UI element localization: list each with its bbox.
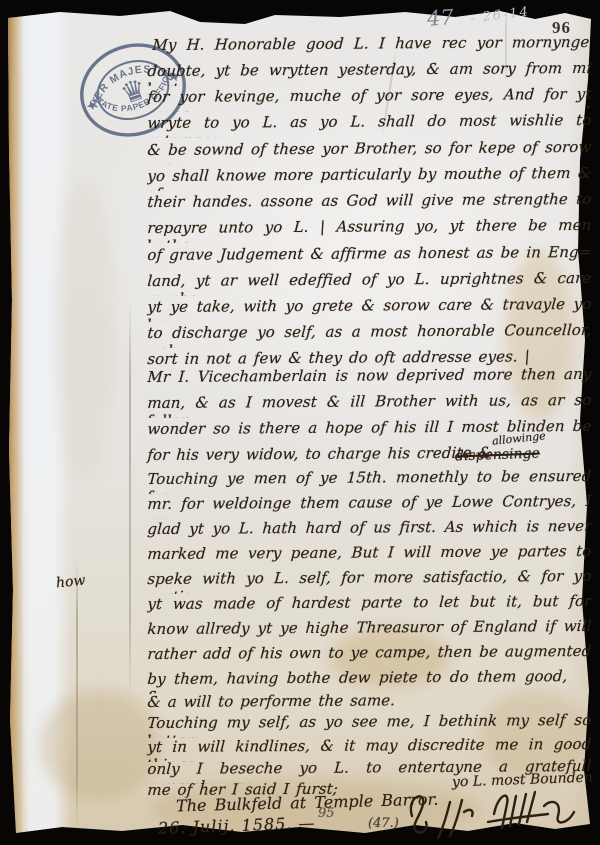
manuscript-line: rather add of his own to ye campe, then …	[146, 642, 591, 669]
manuscript-line: yt ye take, with yo grete & sorow care &…	[146, 295, 591, 322]
manuscript-line: marked me very peane, But I will move ye…	[146, 542, 591, 569]
manuscript-line: for his very widow, to charge his credit…	[147, 444, 493, 464]
manuscript-line: for yor kevinge, muche of yor sore eyes,…	[146, 85, 591, 112]
manuscript-line: man, & as I movest & ill Brother with us…	[146, 391, 591, 418]
manuscript-line: yt was made of hardest parte to let but …	[146, 592, 591, 619]
manuscript-scan: HER MAJESTYS STATE PAPER OFFICE ♛ 47 - 2…	[0, 0, 600, 845]
struck-word: dispensinge	[455, 446, 540, 465]
manuscript-line: to discharge yo self, as a most honorabl…	[146, 321, 591, 348]
manuscript-line: My H. Honorable good L. I have rec yor m…	[151, 33, 590, 60]
manuscript-line: & be sownd of these yor Brother, so for …	[146, 138, 591, 165]
manuscript-line: doubte, yt be wrytten yesterday, & am so…	[146, 59, 591, 86]
manuscript-line: wryte to yo L. as yo L. shall do most wi…	[146, 111, 591, 138]
manuscript-line: Touching ye men of ye 15th. monethly to …	[146, 467, 591, 494]
manuscript-line: mr. for weldoinge them cause of ye Lowe …	[146, 492, 591, 519]
manuscript-line: & a will to performe the same.	[147, 691, 396, 711]
manuscript-line: know allredy yt ye highe Threasuror of E…	[146, 617, 591, 644]
manuscript-line: Touching my self, as yo see me, I bethin…	[146, 711, 591, 738]
docket-number-paren: (47.)	[368, 816, 399, 831]
manuscript-line: Mr I. Vicechamberlain is now deprived mo…	[146, 365, 591, 392]
manuscript-line: by them, having bothe dew piete to do th…	[146, 667, 568, 694]
manuscript-line: of grave Judgement & affirme as honest a…	[146, 243, 591, 270]
manuscript-line: yo shall knowe more particularly by mout…	[146, 164, 591, 191]
manuscript-text: My H. Honorable good L. I have rec yor m…	[0, 0, 600, 845]
docket-number-small: 95	[318, 806, 335, 821]
manuscript-line: repayre unto yo L. | Assuring yo, yt the…	[146, 216, 591, 243]
signature-flourish	[398, 778, 588, 844]
manuscript-line: land, yt ar well edeffied of yo L. uprig…	[146, 269, 591, 296]
manuscript-line: their handes. assone as God will give me…	[146, 190, 591, 217]
manuscript-line: speke with yo L. self, for more satisfac…	[146, 567, 591, 594]
manuscript-line: glad yt yo L. hath hard of us first. As …	[146, 517, 591, 544]
